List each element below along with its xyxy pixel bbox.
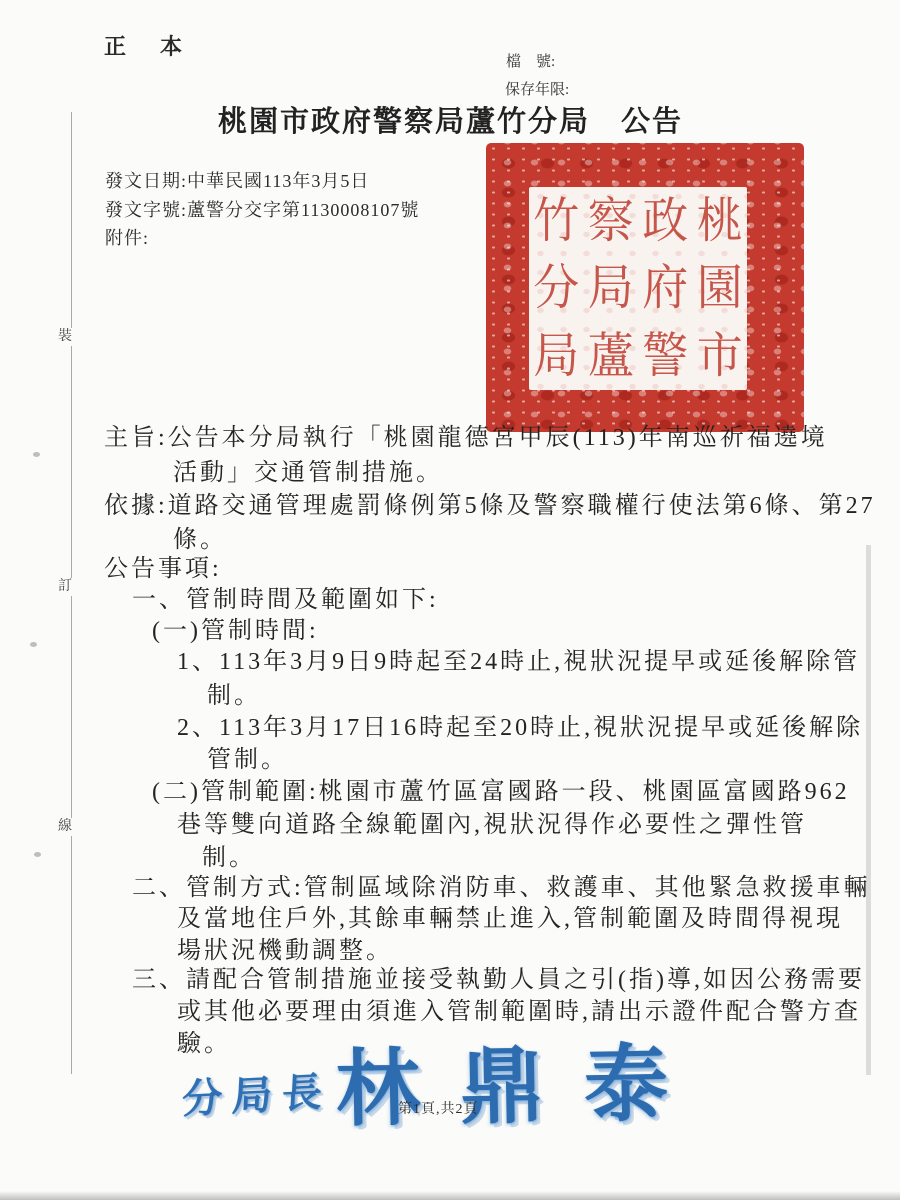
copy-label: 正 本 xyxy=(104,36,188,58)
body-line-announcement-heading: 公告事項: xyxy=(104,557,222,581)
seal-character: 桃 xyxy=(697,197,743,245)
official-seal: 竹 察 政 桃 分 局 府 園 局 蘆 警 市 xyxy=(486,143,804,432)
body-line-time-1-cont: 制。 xyxy=(207,684,261,708)
file-number-label: 檔 號: xyxy=(506,55,555,70)
seal-character: 竹 xyxy=(533,197,579,245)
scan-speck xyxy=(30,642,37,647)
page-number-footer: 第1頁,共2頁 xyxy=(398,1103,479,1117)
body-line-item-2-cont2: 場狀況機動調整。 xyxy=(177,939,393,963)
seal-character: 分 xyxy=(533,264,579,312)
binding-char-zhuang: 裝 xyxy=(58,328,72,346)
signature-name: 林鼎泰 xyxy=(335,1043,708,1133)
body-line-item-1: 一、管制時間及範圍如下: xyxy=(132,588,439,612)
body-line-item-3-cont: 或其他必要理由須進入管制範圍時,請出示證件配合警方查 xyxy=(177,1000,861,1024)
body-line-subject-cont: 活動」交通管制措施。 xyxy=(173,461,443,485)
seal-character: 市 xyxy=(697,332,743,380)
body-line-subject: 主旨:公告本分局執行「桃園龍德宮甲辰(113)年南巡祈福遶境 xyxy=(104,426,828,450)
body-line-time-2-cont: 管制。 xyxy=(207,748,288,772)
seal-character: 局 xyxy=(588,264,634,312)
document-number-line: 發文字號:蘆警分交字第1130008107號 xyxy=(105,201,419,219)
scan-speck xyxy=(33,452,40,457)
binding-char-xian: 線 xyxy=(58,818,72,836)
scan-speck xyxy=(34,852,41,857)
seal-character: 政 xyxy=(642,197,688,245)
seal-character: 警 xyxy=(642,332,688,380)
body-line-item-3-cont2: 驗。 xyxy=(177,1032,231,1056)
body-line-basis-cont: 條。 xyxy=(173,528,227,552)
seal-character: 園 xyxy=(697,264,743,312)
seal-character: 蘆 xyxy=(588,332,634,380)
issue-date-line: 發文日期:中華民國113年3月5日 xyxy=(105,172,369,190)
body-line-time-1: 1、113年3月9日9時起至24時止,視狀況提早或延後解除管 xyxy=(177,650,860,674)
body-line-scope-cont: 巷等雙向道路全線範圍內,視狀況得作必要性之彈性管 xyxy=(177,813,807,837)
body-line-item-1-1: (一)管制時間: xyxy=(152,619,319,643)
body-line-scope: (二)管制範圍:桃園市蘆竹區富國路一段、桃園區富國路962 xyxy=(152,780,850,804)
official-seal-face: 竹 察 政 桃 分 局 府 園 局 蘆 警 市 xyxy=(529,187,747,390)
scan-bottom-edge xyxy=(0,1191,900,1200)
seal-character: 局 xyxy=(533,332,579,380)
body-line-scope-cont2: 制。 xyxy=(202,846,256,870)
attachment-label: 附件: xyxy=(105,229,149,247)
retention-period-label: 保存年限: xyxy=(505,83,569,98)
body-line-item-3: 三、請配合管制措施並接受執勤人員之引(指)導,如因公務需要 xyxy=(132,968,865,992)
body-line-time-2: 2、113年3月17日16時起至20時止,視狀況提早或延後解除 xyxy=(177,716,863,740)
scan-edge-artifact xyxy=(866,545,871,1075)
body-line-basis: 依據:道路交通管理處罰條例第5條及警察職權行使法第6條、第27 xyxy=(104,494,876,518)
seal-character: 察 xyxy=(588,197,634,245)
binding-char-ding: 訂 xyxy=(58,578,72,596)
document-title: 桃園市政府警察局蘆竹分局 公告 xyxy=(218,108,683,137)
body-line-item-2: 二、管制方式:管制區域除消防車、救護車、其他緊急救援車輛 xyxy=(132,876,871,900)
signature-title: 分局長 xyxy=(181,1072,333,1120)
seal-character: 府 xyxy=(642,264,688,312)
body-line-item-2-cont: 及當地住戶外,其餘車輛禁止進入,管制範圍及時間得視現 xyxy=(177,907,843,931)
